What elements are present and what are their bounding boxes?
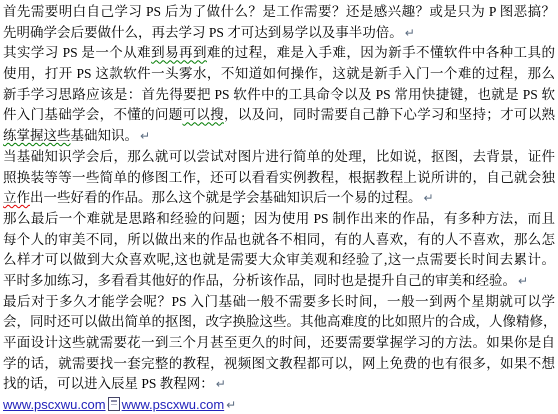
text-run: 当基础知识学会后，那么就可以尝试对图片进行简单的处理，比如说，抠图，去背景，证件 [3, 149, 555, 164]
hyperlink[interactable]: www.pscxwu.com [122, 397, 225, 412]
spelling-flagged-text: 立作 [3, 190, 30, 205]
text-line: 件入门基础学会，不懂的问题可以搜，以及问，同时需要自己静下心学习和坚持；才可以熟 [3, 105, 555, 126]
grammar-flagged-text: 练掌握这些 [3, 128, 71, 143]
text-line: 立作出一些好看的作品。那么这个就是学会基础知识后一个易的过程。↵ [3, 188, 555, 209]
text-line: www.pscxwu.comwww.pscxwu.com↵ [3, 395, 555, 414]
text-run: 件入门基础学会，不懂的问题 [3, 107, 183, 122]
text-run: 平时多加练习，多看看其他好的作品，分析该作品，同时也是提升自己的审美和经验。 [3, 273, 516, 288]
text-line: 使用，打开 PS 这款软件一头雾水，不知道如何操作，这就是新手入门一个难的过程，… [3, 64, 555, 85]
text-run: 学的话，就需要找一套完整的教程，视频图文教程都可以，网上免费的也有很多，如果不想 [3, 356, 555, 371]
text-run: 基础知识。 [71, 128, 139, 143]
text-run: 每个人的审美不同，所以做出来的作品也就各不相同，有的人喜欢，有的人不喜欢，那么怎 [3, 232, 555, 247]
text-run: 会，同时还可以做出简单的抠图，改字换脸这些。其他高难度的比如照片的合成，人像精修… [3, 314, 555, 329]
text-line: 练掌握这些基础知识。↵ [3, 126, 555, 147]
text-line: 新手学习思路应该是：首先得要把 PS 软件中的工具命令以及 PS 常用快捷键，也… [3, 85, 555, 106]
text-run: 最后对于多久才能学会呢？PS 入门基础一般不需要多长时间，一般一到两个星期就可以… [3, 294, 555, 309]
text-run: 使用，打开 PS 这款软件一头雾水，不知道如何操作，这就是新手入门一个难的过程，… [3, 66, 555, 81]
text-line: 首先需要明白自己学习 PS 后为了做什么？是工作需要？还是感兴趣？或是只为 P … [3, 2, 555, 23]
paragraph-mark-icon: ↵ [214, 377, 226, 391]
text-line: 平时多加练习，多看看其他好的作品，分析该作品，同时也是提升自己的审美和经验。↵ [3, 271, 555, 292]
grammar-flagged-text: 到易再到 [151, 45, 207, 60]
text-run: 那么最后一个难就是思路和经验的问题；因为使用 PS 制作出来的作品，有多种方法，… [3, 211, 555, 226]
text-run: 难的过程，难是入手难，因为新手不懂软件中各种工具的 [207, 45, 555, 60]
text-run: 平面设计这些就需要花一到三个月甚至更久的时间，还要需要掌握学习的方法。如果你是自 [3, 335, 555, 350]
text-line: 照换装等等一些简单的修图工作，还可以看看实例教程，根据教程上说所讲的，自己就会独 [3, 168, 555, 189]
text-line: 其实学习 PS 是一个从难到易再到难的过程，难是入手难，因为新手不懂软件中各种工… [3, 43, 555, 64]
document-body: 首先需要明白自己学习 PS 后为了做什么？是工作需要？还是感兴趣？或是只为 P … [0, 0, 558, 414]
paragraph-mark-icon: ↵ [403, 26, 415, 40]
text-line: 平面设计这些就需要花一到三个月甚至更久的时间，还要需要掌握学习的方法。如果你是自 [3, 333, 555, 354]
paragraph-mark-icon: ↵ [224, 398, 236, 412]
text-run: 其实学习 PS 是一个从难 [3, 45, 151, 60]
text-line: 先明确学会后要做什么，再去学习 PS 才可达到易学以及事半功倍。↵ [3, 23, 555, 44]
hyperlink[interactable]: www.pscxwu.com [3, 397, 106, 412]
text-run: 找的话，可以进入辰星 PS 教程网： [3, 376, 214, 391]
text-line: 那么最后一个难就是思路和经验的问题；因为使用 PS 制作出来的作品，有多种方法，… [3, 209, 555, 230]
text-run: 先明确学会后要做什么，再去学习 PS 才可达到易学以及事半功倍。 [3, 25, 403, 40]
text-run: ，以及问，同时需要自己静下心学习和坚持；才可以熟 [224, 107, 555, 122]
text-line: 学的话，就需要找一套完整的教程，视频图文教程都可以，网上免费的也有很多，如果不想 [3, 354, 555, 375]
paragraph-mark-icon: ↵ [422, 191, 434, 205]
paragraph-mark-icon: ↵ [138, 129, 150, 143]
text-run: 新手学习思路应该是：首先得要把 PS 软件中的工具命令以及 PS 常用快捷键，也… [3, 87, 555, 102]
text-line: 么样才可以做到大众喜欢呢,这也就是需要大众审美观和经验了,这一点需要长时间去累计… [3, 250, 555, 271]
text-line: 最后对于多久才能学会呢？PS 入门基础一般不需要多长时间，一般一到两个星期就可以… [3, 292, 555, 313]
text-line: 每个人的审美不同，所以做出来的作品也就各不相同，有的人喜欢，有的人不喜欢，那么怎 [3, 230, 555, 251]
text-run: 出一些好看的作品。那么这个就是学会基础知识后一个易的过程。 [30, 190, 422, 205]
grammar-flagged-text: 可以搜 [183, 107, 224, 122]
text-run: 首先需要明白自己学习 PS 后为了做什么？是工作需要？还是感兴趣？或是只为 P … [3, 4, 555, 19]
text-run: 照换装等等一些简单的修图工作，还可以看看实例教程，根据教程上说所讲的，自己就会独 [3, 170, 555, 185]
text-run: 么样才可以做到大众喜欢呢,这也就是需要大众审美观和经验了,这一点需要长时间去累计… [3, 252, 555, 267]
text-line: 会，同时还可以做出简单的抠图，改字换脸这些。其他高难度的比如照片的合成，人像精修… [3, 312, 555, 333]
text-line: 找的话，可以进入辰星 PS 教程网：↵ [3, 374, 555, 395]
text-line: 当基础知识学会后，那么就可以尝试对图片进行简单的处理，比如说，抠图，去背景，证件 [3, 147, 555, 168]
paragraph-mark-icon: ↵ [516, 274, 528, 288]
embedded-object-icon [108, 397, 120, 411]
